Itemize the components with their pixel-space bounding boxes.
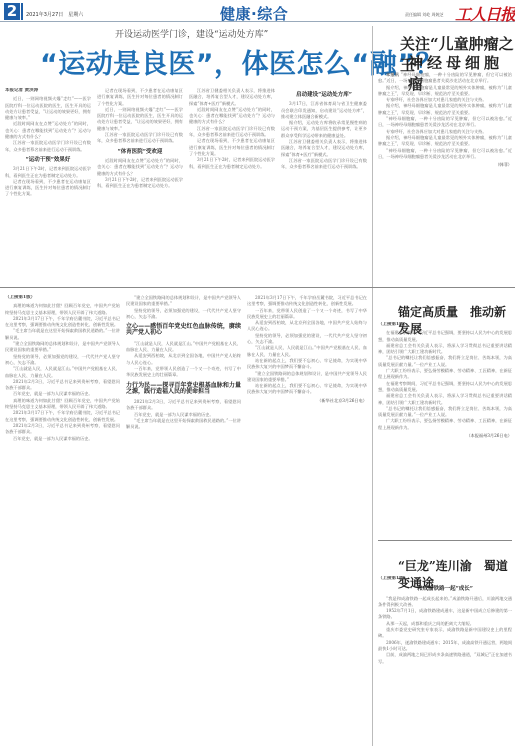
paragraph: 1952年7月1日，成渝铁路建成通车，这是新中国成立后修建的第一条铁路。 [378, 608, 512, 621]
paragraph: 江苏省一家医院运动医学门诊开设已有数年，众多患者慕名前来进行运动干预训练。 [281, 158, 367, 171]
paragraph: 真理的味道为何如此甘甜？回顾百年党史，中国共产党始终坚持马克思主义基本原理，带领… [5, 303, 120, 316]
paragraph: 2021年2月3日，习近平总书记来到贵州考察，看望慰问各族干部群众。 [5, 379, 120, 392]
masthead: 2 2021年3月27日 星期六 健康·综合 责任编辑 刘屹 周婉芝 工人日报 [0, 0, 515, 22]
paragraph: 2006年，遂渝铁路建成通车；2015年，成渝高铁开通运营，两地间最快1小时可达… [378, 640, 512, 653]
paragraph: 江苏省卫健委相关负责人表示，将推进体医融合，培养复合型人才，建设运动处方库，探索… [281, 139, 367, 158]
subhead: 力行为民——探寻百年党史根基血脉和力量之源，践行造福人民的使命担当 [126, 383, 241, 396]
paragraph: 近日，一则网络视频火爆“走红”——医学医院疗科一位运动医院的医生，医生开具的运动… [97, 107, 183, 132]
paragraph: “江山就是人民，人民就是江山。”中国共产党根基在人民、血脉在人民、力量在人民。 [5, 366, 120, 379]
paragraph: 据介绍，运动处方库将收录常见慢性病的运动干预方案，为基层医生提供参考，让更多群众… [281, 120, 367, 139]
lead-byline: 本报记者 黄洪涛 [5, 88, 91, 94]
subhead: “运动干预”效果好 [5, 157, 91, 163]
paragraph: 江苏省卫健委相关负责人表示，将推进体医融合，培养复合型人才，建设运动处方库，探索… [189, 88, 275, 107]
paragraph: 百年党史，就是一部为人民谋幸福的历史。 [5, 436, 120, 442]
lead-column-1: 本报记者 黄洪涛 近日，一则网络视频火爆“走红”——医学医院疗科一位运动医院的医… [5, 88, 91, 248]
paragraph: 从延安到西柏坡，从北京到全国各地，中国共产党人始终与人民心连心。 [247, 320, 367, 333]
lower-left-column-3: 2021年3月17日下午，千年学府岳麓书院，习近平总书记在这里考察，强调要推动传… [247, 295, 367, 745]
paragraph: 一百年来，党带领人民创造了一个又一个奇迹，书写了中华民族发展史上的壮丽篇章。 [126, 366, 241, 379]
right-top-body: 本报讯 “神经母细胞瘤，一种十分凶险的罕见肿瘤，但它可以被治愈。”近日，一场神经… [378, 72, 512, 292]
paragraph: 广大职工纷纷表示，要弘扬劳模精神、劳动精神、工匠精神，在新征程上展现新作为。 [378, 418, 512, 431]
paragraph: 真理的味道为何如此甘甜？回顾百年党史，中国共产党始终坚持马克思主义基本原理，带领… [5, 398, 120, 411]
paragraph: 记者在现场看到，不少患者在运动康复区进行康复训练，医生针对每位患者的情况制订了个… [5, 179, 91, 198]
paragraph: “毛主席当年就是在这里开始探索救国救民道路的。”一位讲解员说。 [5, 328, 120, 341]
paragraph: 重庆市委党史研究室专家表示，成渝铁路是新中国建设史上的里程碑。 [378, 627, 512, 640]
paragraph: 2021年2月3日，习近平总书记来到贵州考察，看望慰问各族干部群众。 [5, 423, 120, 436]
page-number: 2 [4, 3, 20, 20]
paragraph: 3月21日下午2时，记者来到医院运动医学科，看到医生正在为患者制定运动处方。 [97, 177, 183, 190]
lead-kicker: 开设运动医学门诊，建设“运动处方库” [115, 27, 268, 40]
paragraph: 江苏省一家医院运动医学门诊开设已有数年，众多患者慕名前来进行运动干预训练。 [189, 126, 275, 139]
paragraph: 福建省总工会有关负责人表示，将深入学习贯彻总书记重要讲话精神，团结引领广大职工建… [378, 343, 512, 356]
paragraph: “总书记的嘱托让我们倍感振奋，我们将立足岗位、苦练本领，为高质量发展贡献力量。”… [378, 355, 512, 368]
issue-date: 2021年3月27日 星期六 [26, 11, 83, 18]
paragraph: 坚持党的领导，必须加强党的建设，一代代共产党人坚守初心，矢志不渝。 [5, 354, 120, 367]
paragraph: “江山就是人民，人民就是江山。”中国共产党根基在人民、血脉在人民、力量在人民。 [126, 341, 241, 354]
paragraph: “建立全国铁路网的总体规划和设计，是中国共产党领导人民建设国家的重要举措。” [126, 295, 241, 308]
paragraph: 坚持党的领导，必须加强党的建设，一代代共产党人坚守初心，矢志不渝。 [247, 333, 367, 346]
section-title: 健康·综合 [220, 3, 288, 24]
paragraph: 本报讯 “神经母细胞瘤，一种十分凶险的罕见肿瘤，但它可以被治愈。”近日，一场神经… [378, 72, 512, 85]
lead-column-4: 启动建设“运动处方库” 3月17日，江苏省体育局与省卫生健康委员会联合印发通知，… [281, 88, 367, 248]
subhead: “体育医院”受欢迎 [97, 149, 183, 155]
paragraph: 坚持党的领导，必须加强党的建设，一代代共产党人坚守初心，矢志不渝。 [126, 308, 241, 321]
paragraph: 在福建考察期间，习近平总书记强调，要坚持以人民为中心的发展思想，推动高质量发展。 [378, 381, 512, 394]
dateline: （新华社北京3月26日电） [247, 398, 367, 404]
byline: （上接第1版） [378, 322, 512, 328]
newspaper-logo: 工人日报 [455, 2, 515, 25]
lead-column-3: 江苏省卫健委相关负责人表示，将推进体医融合，培养复合型人才，建设运动处方库，探索… [189, 88, 275, 248]
lower-left-column-1: （上接第1版） 真理的味道为何如此甘甜？回顾百年党史，中国共产党始终坚持马克思主… [5, 295, 120, 745]
right-bottom-body: （上接第1版） 和成渝铁路一起“成长” “我是和成渝铁路一起成长起来的。”成渝铁… [378, 576, 512, 746]
paragraph: 在福建考察期间，习近平总书记强调，要坚持以人民为中心的发展思想，推动高质量发展。 [378, 330, 512, 343]
paragraph: 2021年2月3日，习近平总书记来到贵州考察，看望慰问各族干部群众。 [126, 399, 241, 412]
paragraph: 一百年来，党带领人民创造了一个又一个奇迹，书写了中华民族发展史上的壮丽篇章。 [247, 308, 367, 321]
subhead: 和成渝铁路一起“成长” [378, 586, 512, 592]
paragraph: 近段时间网友在点赞“运动处方”的同时，也关心：患者在哪能找到“运动处方”？运动与… [5, 121, 91, 140]
paragraph: 据介绍，神经母细胞瘤是儿童最常见的颅外实体肿瘤，被称为“儿童肿瘤之王”，早发现、… [378, 135, 512, 148]
paragraph: “建立全国铁路网的总体规划和设计，是中国共产党领导人民建设国家的重要举措。” [247, 371, 367, 384]
paragraph: 3月21日下午2时，记者来到医院运动医学科，看到医生正在为患者制定运动处方。 [189, 157, 275, 170]
paragraph: 据介绍，神经母细胞瘤是儿童最常见的颅外实体肿瘤，被称为“儿童肿瘤之王”，早发现、… [378, 103, 512, 116]
paragraph: “总书记的嘱托让我们倍感振奋，我们将立足岗位、苦练本领，为高质量发展贡献力量。”… [378, 406, 512, 419]
paragraph: 2021年3月17日下午，千年学府岳麓书院，习近平总书记在这里考察，强调要推动传… [247, 295, 367, 308]
paragraph: 3月21日下午2时，记者来到医院运动医学科，看到医生正在为患者制定运动处方。 [5, 166, 91, 179]
section-divider [378, 540, 512, 541]
editors-credit: 责任编辑 刘屹 周婉芝 [405, 12, 444, 18]
paragraph: “建立全国铁路网的总体规划和设计，是中国共产党领导人民建设国家的重要举措。” [5, 341, 120, 354]
subhead: 启动建设“运动处方库” [281, 92, 367, 98]
paragraph: 站在新的起点上，我们要不忘初心、牢记使命，为实现中华民族伟大复兴的中国梦而不懈奋… [247, 383, 367, 396]
paragraph: 福建省总工会有关负责人表示，将深入学习贯彻总书记重要讲话精神，团结引领广大职工建… [378, 393, 512, 406]
paragraph: 江苏省一家医院运动医学门诊开设已有数年，众多患者慕名前来进行运动干预训练。 [97, 132, 183, 145]
paragraph: 近日，一则网络视频火爆“走红”——医学医院疗科一位运动医院的医生，医生开具的运动… [5, 96, 91, 121]
section-divider [0, 287, 515, 288]
paragraph: “神经母细胞瘤，一种十分凶险的罕见肿瘤，但它可以被治愈。”近日，一场神经母细胞瘤… [378, 116, 512, 129]
byline: 本报讯 [386, 72, 399, 77]
lower-left-column-2: “建立全国铁路网的总体规划和设计，是中国共产党领导人民建设国家的重要举措。” 坚… [126, 295, 241, 745]
right-mid-body: （上接第1版） 在福建考察期间，习近平总书记强调，要坚持以人民为中心的发展思想，… [378, 322, 512, 530]
paragraph: “毛主席当年就是在这里开始探索救国救民道路的。”一位讲解员说。 [126, 418, 241, 431]
paragraph: 目前，成渝两地之间已形成多条高速铁路通道，“双城记”正在加速书写。 [378, 652, 512, 665]
paragraph: 3月17日，江苏省体育局与省卫生健康委员会联合印发通知，启动建设“运动处方库”，… [281, 101, 367, 120]
paragraph: 近段时间网友在点赞“运动处方”的同时，也关心：患者在哪能找到“运动处方”？运动与… [97, 158, 183, 177]
page-number-bar [21, 3, 23, 20]
paragraph: 记者在现场看到，不少患者在运动康复区进行康复训练，医生针对每位患者的情况制订了个… [189, 138, 275, 157]
paragraph: 据介绍，神经母细胞瘤是儿童最常见的颅外实体肿瘤，被称为“儿童肿瘤之王”，早发现、… [378, 85, 512, 98]
paragraph: “江山就是人民，人民就是江山。”中国共产党根基在人民、血脉在人民、力量在人民。 [247, 345, 367, 358]
paragraph: 近段时间网友在点赞“运动处方”的同时，也关心：患者在哪能找到“运动处方”？运动与… [189, 107, 275, 126]
paragraph: 2021年3月17日下午，千年学府岳麓书院，习近平总书记在这里考察，强调要推动传… [5, 410, 120, 423]
byline: （上接第1版） [378, 576, 512, 582]
paragraph: 2021年3月17日下午，千年学府岳麓书院，习近平总书记在这里考察，强调要推动传… [5, 316, 120, 329]
paragraph: 站在新的起点上，我们要不忘初心、牢记使命，为实现中华民族伟大复兴的中国梦而不懈奋… [247, 358, 367, 371]
paragraph: “我是和成渝铁路一起成长起来的。”成渝铁路开通后，川渝两地交通条件得到极大改善。 [378, 596, 512, 609]
lead-column-2: 记者在现场看到，不少患者在运动康复区进行康复训练，医生针对每位患者的情况制订了个… [97, 88, 183, 248]
subhead: 立心——感悟百年党史红色血脉传统，赓续共产党人初心 [126, 324, 241, 337]
credit: （韩菲） [378, 162, 512, 168]
paragraph: 记者在现场看到，不少患者在运动康复区进行康复训练，医生针对每位患者的情况制订了个… [97, 88, 183, 107]
column-divider [372, 26, 373, 746]
dateline: （本报福州3月26日电） [378, 433, 512, 439]
paragraph: 从延安到西柏坡，从北京到全国各地，中国共产党人始终与人民心连心。 [126, 353, 241, 366]
paragraph: 广大职工纷纷表示，要弘扬劳模精神、劳动精神、工匠精神，在新征程上展现新作为。 [378, 368, 512, 381]
byline: （上接第1版） [5, 295, 120, 301]
paragraph: 江苏省一家医院运动医学门诊开设已有数年，众多患者慕名前来进行运动干预训练。 [5, 140, 91, 153]
paragraph: “神经母细胞瘤，一种十分凶险的罕见肿瘤，但它可以被治愈。”近日，一场神经母细胞瘤… [378, 148, 512, 161]
